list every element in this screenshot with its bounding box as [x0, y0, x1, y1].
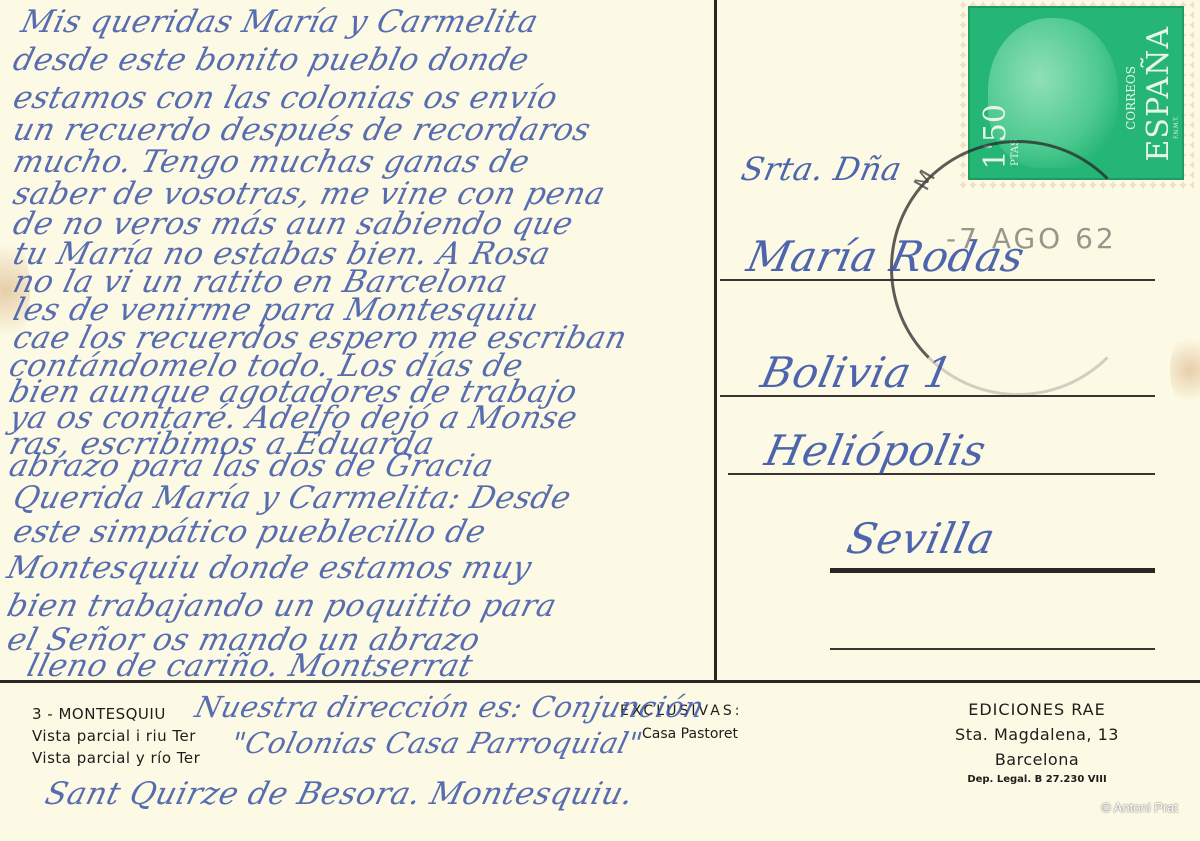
address-street: Bolivia 1 — [757, 348, 957, 397]
return-address-line: Nuestra dirección es: Conjunción — [192, 690, 708, 724]
publisher-name: EDICIONES RAE — [922, 700, 1152, 719]
address-city: Sevilla — [843, 514, 1000, 563]
legal-deposit: Dep. Legal. B 27.230 VIII — [922, 774, 1152, 785]
message-line: mucho. Tengo muchas ganas de — [10, 144, 534, 180]
address-rule — [830, 648, 1155, 650]
message-line: estamos con las colonias os envío — [10, 80, 562, 116]
message-line: abrazo para las dos de Gracia — [6, 448, 498, 484]
address-rule-city — [830, 568, 1155, 573]
stamp-country: ESPAÑA — [1141, 26, 1176, 161]
address-salutation: Srta. Dña — [738, 150, 905, 188]
address-name: María Rodas — [743, 232, 1029, 281]
message-line: desde este bonito pueblo donde — [10, 42, 533, 78]
stamp-printer: F.N.M.T. — [1173, 116, 1180, 139]
message-line: un recuerdo después de recordaros — [10, 112, 595, 148]
caption-title: 3 - MONTESQUIU — [32, 705, 166, 723]
message-line: este simpático pueblecillo de — [10, 514, 490, 550]
publisher-street: Sta. Magdalena, 13 — [912, 725, 1162, 744]
message-line: Querida María y Carmelita: Desde — [10, 480, 575, 516]
age-stain — [1170, 330, 1200, 410]
address-district: Heliópolis — [761, 426, 991, 475]
message-line: Montesquiu donde estamos muy — [4, 550, 536, 586]
stamp-service: CORREOS — [1124, 66, 1138, 130]
message-line: Mis queridas María y Carmelita — [18, 4, 543, 40]
return-address-line: Sant Quirze de Besora. Montesquiu. — [42, 776, 638, 812]
publisher-city: Barcelona — [922, 750, 1152, 769]
postcard-back: Mis queridas María y Carmelita desde est… — [0, 0, 1200, 841]
message-line: lleno de cariño. Montserrat — [24, 648, 477, 684]
message-line: bien trabajando un poquitito para — [4, 588, 561, 624]
caption-catalan: Vista parcial i riu Ter — [32, 727, 196, 745]
copyright-watermark: © Antoni Prat — [1101, 800, 1178, 815]
exclusivas-name: Casa Pastoret — [642, 726, 738, 742]
caption-spanish: Vista parcial y río Ter — [32, 749, 200, 767]
return-address-line: "Colonias Casa Parroquial" — [228, 726, 647, 760]
vertical-divider — [714, 0, 717, 680]
